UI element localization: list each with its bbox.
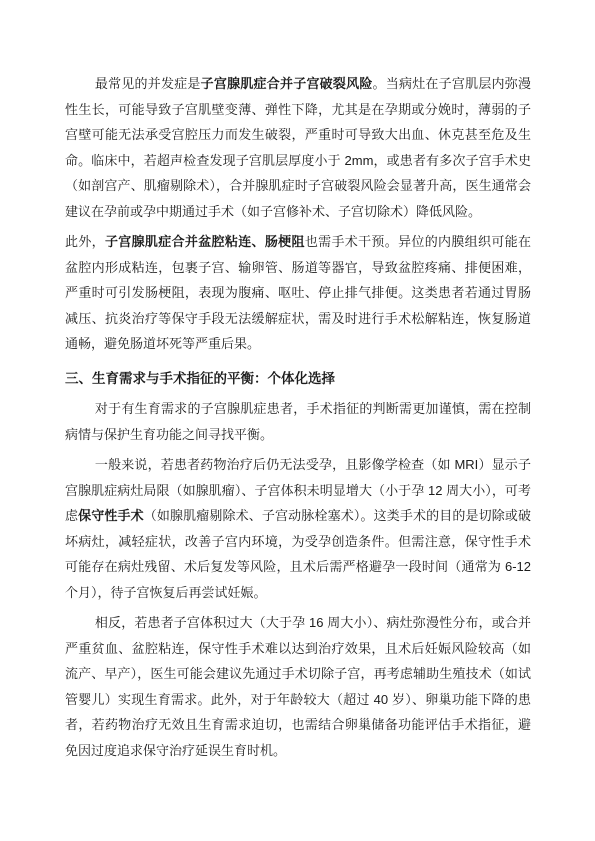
paragraph-6: 相反，若患者子宫体积过大（大于孕 16 周大小）、病灶弥漫性分布，或合并严重贫血… [65,610,531,763]
paragraph-1: 最常见的并发症是子宫腺肌症合并子宫破裂风险。当病灶在子宫肌层内弥漫性生长，可能导… [65,71,531,224]
document-page: 最常见的并发症是子宫腺肌症合并子宫破裂风险。当病灶在子宫肌层内弥漫性生长，可能导… [0,0,595,841]
bold-text-run: 子宫腺肌症合并子宫破裂风险 [201,76,373,91]
paragraph-2: 此外，子宫腺肌症合并盆腔粘连、肠梗阻也需手术干预。异位的内膜组织可能在盆腔内形成… [65,229,531,357]
paragraph-5: 一般来说，若患者药物治疗后仍无法受孕，且影像学检查（如 MRI）显示子宫腺肌症病… [65,452,531,605]
text-run: 相反，若患者子宫体积过大（大于孕 16 周大小）、病灶弥漫性分布，或合并严重贫血… [65,615,531,758]
document-content: 最常见的并发症是子宫腺肌症合并子宫破裂风险。当病灶在子宫肌层内弥漫性生长，可能导… [65,71,531,763]
bold-text-run: 子宫腺肌症合并盆腔粘连、肠梗阻 [105,234,305,249]
text-run: 此外， [65,234,105,249]
text-run: 最常见的并发症是 [95,76,201,91]
text-run: 也需手术干预。异位的内膜组织可能在盆腔内形成粘连，包裹子宫、输卵管、肠道等器官，… [65,234,531,351]
bold-text-run: 三、生育需求与手术指征的平衡：个体化选择 [65,371,335,386]
bold-text-run: 保守性手术 [78,508,144,523]
text-run: 。当病灶在子宫肌层内弥漫性生长，可能导致子宫肌壁变薄、弹性下降，尤其是在孕期或分… [65,76,531,219]
section-heading: 三、生育需求与手术指征的平衡：个体化选择 [65,366,531,392]
paragraph-4: 对于有生育需求的子宫腺肌症患者，手术指征的判断需更加谨慎，需在控制病情与保护生育… [65,396,531,447]
text-run: 对于有生育需求的子宫腺肌症患者，手术指征的判断需更加谨慎，需在控制病情与保护生育… [65,401,531,442]
